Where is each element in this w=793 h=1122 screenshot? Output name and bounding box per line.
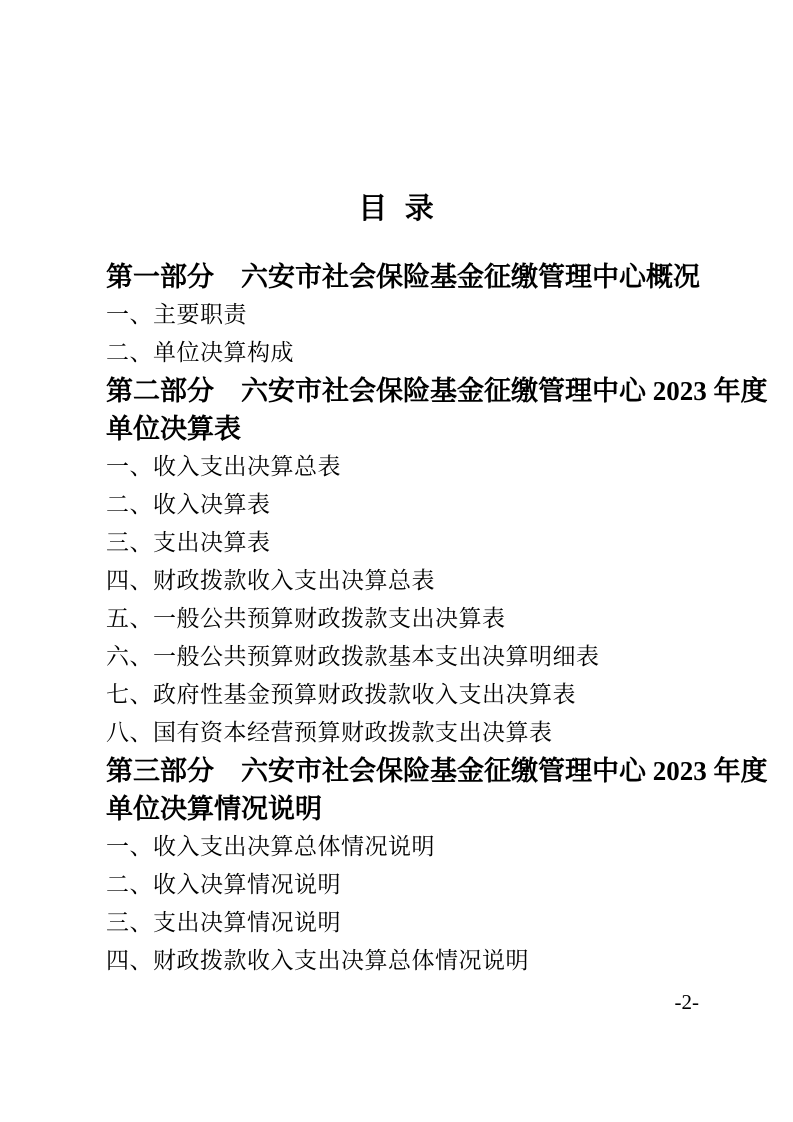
section-1-heading: 第一部分 六安市社会保险基金征缴管理中心概况 [106, 258, 746, 296]
toc-item-s2-2: 二、收入决算表 [106, 486, 746, 524]
toc-item-s2-4: 四、财政拨款收入支出决算总表 [106, 562, 746, 600]
toc-item-s2-3: 三、支出决算表 [106, 524, 746, 562]
toc-body: 第一部分 六安市社会保险基金征缴管理中心概况 一、主要职责 二、单位决算构成 第… [106, 258, 746, 980]
section-2-heading-line-1: 第二部分 六安市社会保险基金征缴管理中心 2023 年度 [106, 372, 746, 410]
toc-item-s3-2: 二、收入决算情况说明 [106, 866, 746, 904]
section-3-heading-line-2: 单位决算情况说明 [106, 790, 746, 828]
toc-item-s1-2: 二、单位决算构成 [106, 334, 746, 372]
toc-item-s3-3: 三、支出决算情况说明 [106, 904, 746, 942]
toc-item-s1-1: 一、主要职责 [106, 296, 746, 334]
toc-item-s2-1: 一、收入支出决算总表 [106, 448, 746, 486]
document-page: 目 录 第一部分 六安市社会保险基金征缴管理中心概况 一、主要职责 二、单位决算… [0, 0, 793, 1122]
section-2-heading-line-2: 单位决算表 [106, 410, 746, 448]
toc-item-s3-4: 四、财政拨款收入支出决算总体情况说明 [106, 942, 746, 980]
toc-item-s2-5: 五、一般公共预算财政拨款支出决算表 [106, 600, 746, 638]
toc-item-s2-7: 七、政府性基金预算财政拨款收入支出决算表 [106, 676, 746, 714]
toc-item-s2-6: 六、一般公共预算财政拨款基本支出决算明细表 [106, 638, 746, 676]
section-3-heading-line-1: 第三部分 六安市社会保险基金征缴管理中心 2023 年度 [106, 752, 746, 790]
toc-item-s3-1: 一、收入支出决算总体情况说明 [106, 828, 746, 866]
toc-item-s2-8: 八、国有资本经营预算财政拨款支出决算表 [106, 714, 746, 752]
page-number: -2- [675, 990, 700, 1015]
toc-title: 目 录 [0, 186, 793, 227]
